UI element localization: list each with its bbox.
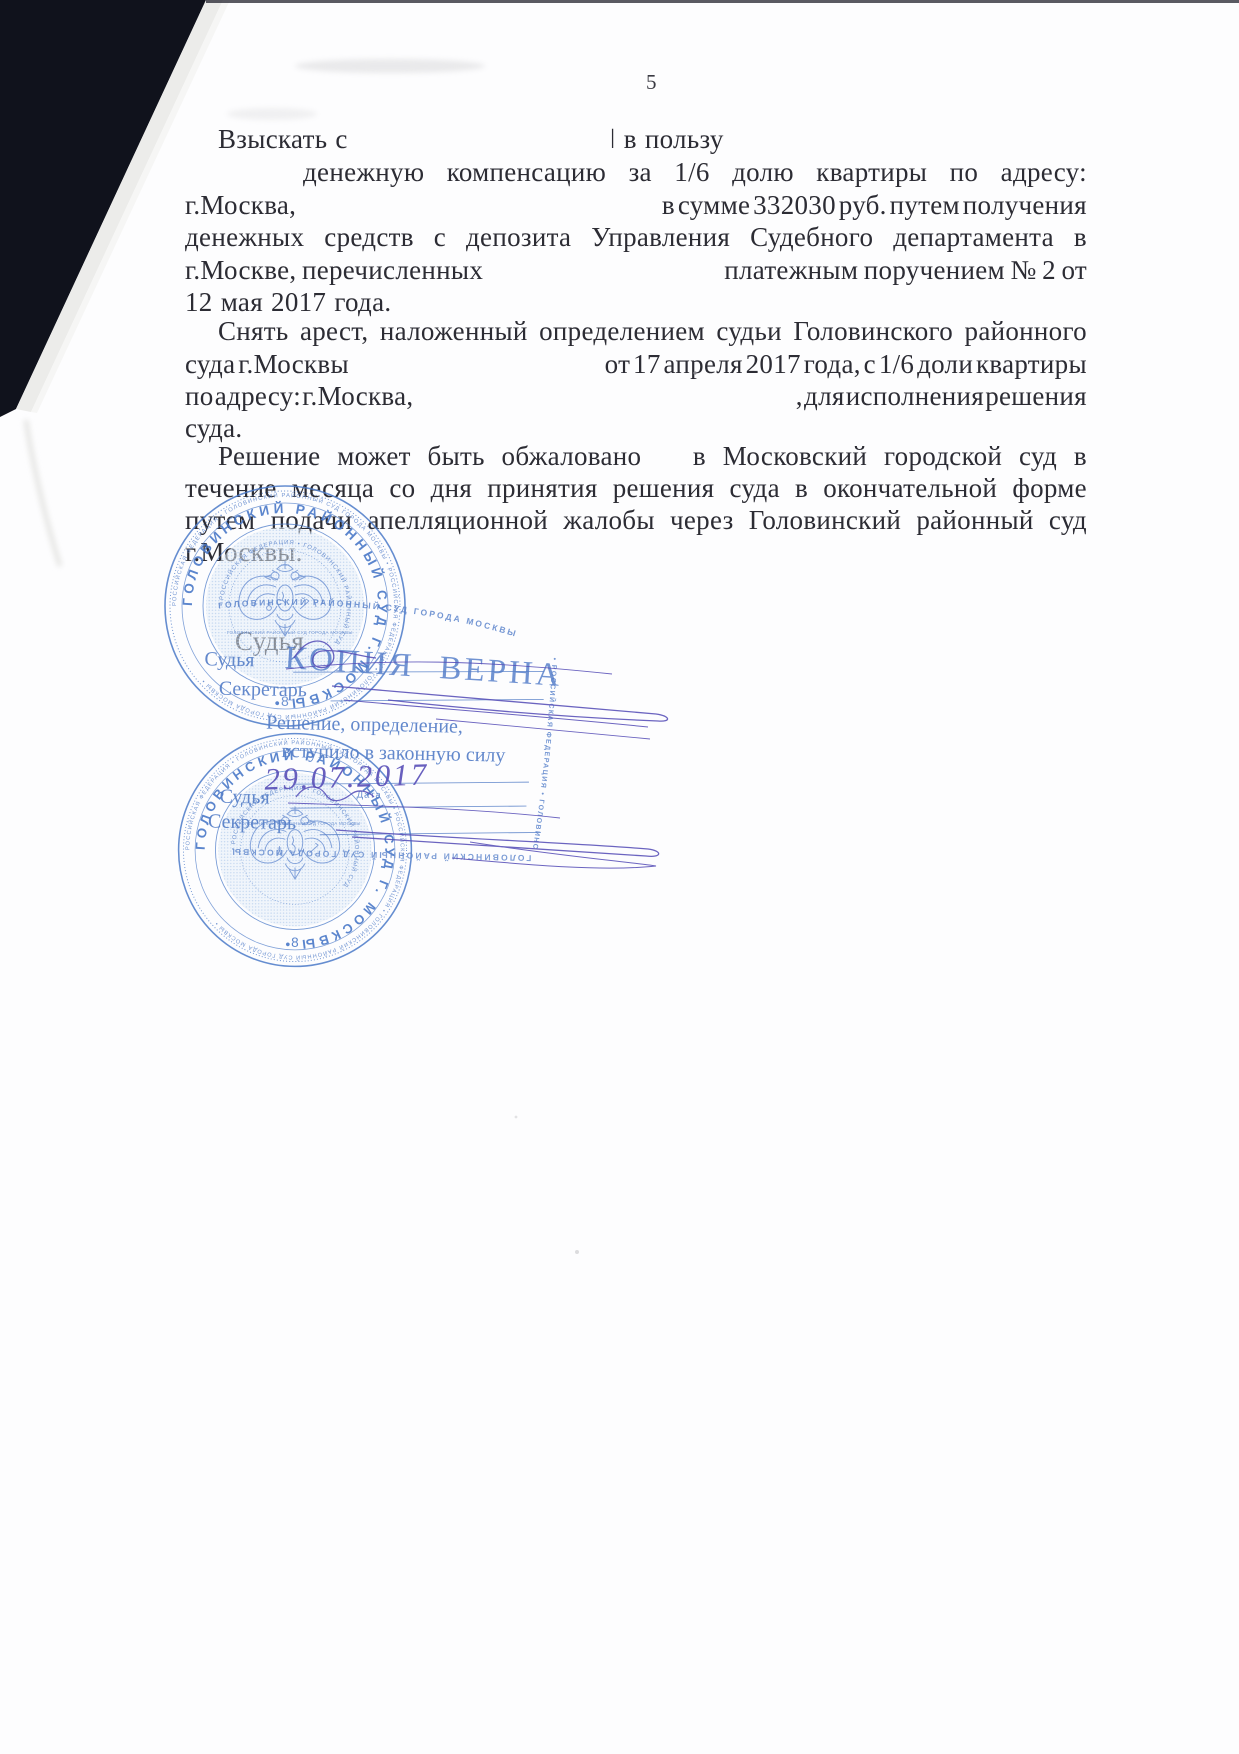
word: по [185, 381, 214, 412]
document-text-layer: Взыскатьсǀвпользуденежнуюкомпенсациюза1/… [0, 0, 1239, 1754]
word: г.Москва, [302, 381, 413, 412]
word: судьи [716, 316, 781, 347]
word: суд [1019, 441, 1057, 472]
word: поручением [864, 255, 1005, 286]
word: Управления [591, 222, 730, 253]
word: суда. [185, 413, 242, 444]
word: адресу: [1001, 157, 1087, 188]
word: от [1061, 255, 1087, 286]
word: в [624, 124, 637, 155]
word: адресу: [215, 381, 301, 412]
word: г.Москвы. [185, 537, 303, 568]
word: может [337, 441, 411, 472]
word: г.Москве, [185, 255, 296, 286]
word: по [950, 157, 979, 188]
word: в [795, 473, 808, 504]
word: года, [804, 349, 861, 380]
word: 2017 [271, 287, 326, 318]
word: решения [613, 473, 715, 504]
word: 1/6 [674, 157, 709, 188]
doc-line: путемподачиапелляционнойжалобычерезГолов… [185, 505, 1087, 539]
word: Взыскать [218, 124, 327, 155]
word: денежных [185, 222, 304, 253]
word: Московский [723, 441, 867, 472]
word: платежным [724, 255, 858, 286]
word: с [864, 349, 876, 380]
word: 2 [1042, 255, 1056, 286]
doc-line: г.Москва,всумме332030руб.путемполучения [185, 190, 1087, 224]
word: ǀ [610, 124, 616, 155]
word: квартиры [976, 349, 1087, 380]
word: доли [917, 349, 973, 380]
word: суда [185, 349, 235, 380]
word: г.Москвы [238, 349, 349, 380]
word: денежную [303, 157, 424, 188]
word: дня [431, 473, 473, 504]
word: Головинский [749, 505, 901, 536]
word: , [796, 381, 803, 412]
word: пользу [645, 124, 724, 155]
word: перечисленных [302, 255, 483, 286]
word: месяца [292, 473, 374, 504]
doc-line: поадресу:г.Москва,,дляисполнениярешения [185, 381, 1087, 415]
word: городской [884, 441, 1002, 472]
doc-line: течениемесяцасодняпринятиярешениясудавок… [185, 473, 1087, 507]
word: 2017 [746, 349, 801, 380]
word: апреля [664, 349, 743, 380]
word: для [804, 381, 845, 412]
doc-line: Снятьарест,наложенныйопределениемсудьиГо… [218, 316, 1087, 350]
word: Снять [218, 316, 289, 347]
word: суда [730, 473, 780, 504]
word: путем [890, 190, 960, 221]
word: принятия [487, 473, 597, 504]
word: подачи [271, 505, 353, 536]
word: в [1074, 441, 1087, 472]
word: получения [963, 190, 1087, 221]
word: депозита [466, 222, 571, 253]
word: исполнения [846, 381, 984, 412]
word: мая [221, 287, 263, 318]
doc-line: г.Москве,перечисленныхплатежнымпоручение… [185, 255, 1087, 289]
word: средств [324, 222, 413, 253]
word: районного [965, 316, 1087, 347]
word: 332030 [753, 190, 836, 221]
doc-line: г.Москвы. [185, 537, 303, 571]
doc-line: судаг.Москвыот17апреля2017года,с1/6долик… [185, 349, 1087, 383]
scanned-court-document-page: 5 Взыскатьсǀвпользуденежнуюкомпенсациюза… [0, 0, 1239, 1754]
word: наложенный [380, 316, 528, 347]
word: долю [732, 157, 794, 188]
word: решения [985, 381, 1087, 412]
word: 17 [633, 349, 661, 380]
word: быть [428, 441, 485, 472]
word: департамента [893, 222, 1054, 253]
word: жалобы [563, 505, 655, 536]
word: в [693, 441, 706, 472]
word: апелляционной [367, 505, 548, 536]
word: Судья [235, 626, 304, 657]
doc-line: Взыскатьсǀвпользу [218, 124, 724, 158]
word: от [605, 349, 631, 380]
word: течение [185, 473, 277, 504]
word: форме [1012, 473, 1087, 504]
word: в [1074, 222, 1087, 253]
doc-line: денежныхсредствсдепозитаУправленияСудебн… [185, 222, 1087, 256]
word: с [335, 124, 347, 155]
word: определением [539, 316, 705, 347]
word: г.Москва, [185, 190, 296, 221]
word: путем [185, 505, 255, 536]
word: с [434, 222, 446, 253]
doc-line: денежнуюкомпенсациюза1/6долюквартирыпоад… [303, 157, 1087, 191]
word: руб. [839, 190, 887, 221]
word: в [662, 190, 675, 221]
word: 12 [185, 287, 213, 318]
word: Головинского [793, 316, 953, 347]
word: со [389, 473, 415, 504]
word: арест, [300, 316, 368, 347]
word: районный [916, 505, 1033, 536]
word: № [1010, 255, 1036, 286]
word: Судебного [750, 222, 873, 253]
word: за [629, 157, 652, 188]
word: Решение [218, 441, 320, 472]
word: окончательной [823, 473, 997, 504]
word: компенсацию [447, 157, 606, 188]
word: обжаловано [502, 441, 642, 472]
doc-line: РешениеможетбытьобжаловановМосковскийгор… [218, 441, 1087, 475]
word: 1/6 [879, 349, 914, 380]
word: квартиры [816, 157, 927, 188]
word: года. [334, 287, 391, 318]
word: через [670, 505, 734, 536]
word: суд [1049, 505, 1087, 536]
word: сумме [678, 190, 750, 221]
doc-line: Судья [235, 626, 304, 660]
